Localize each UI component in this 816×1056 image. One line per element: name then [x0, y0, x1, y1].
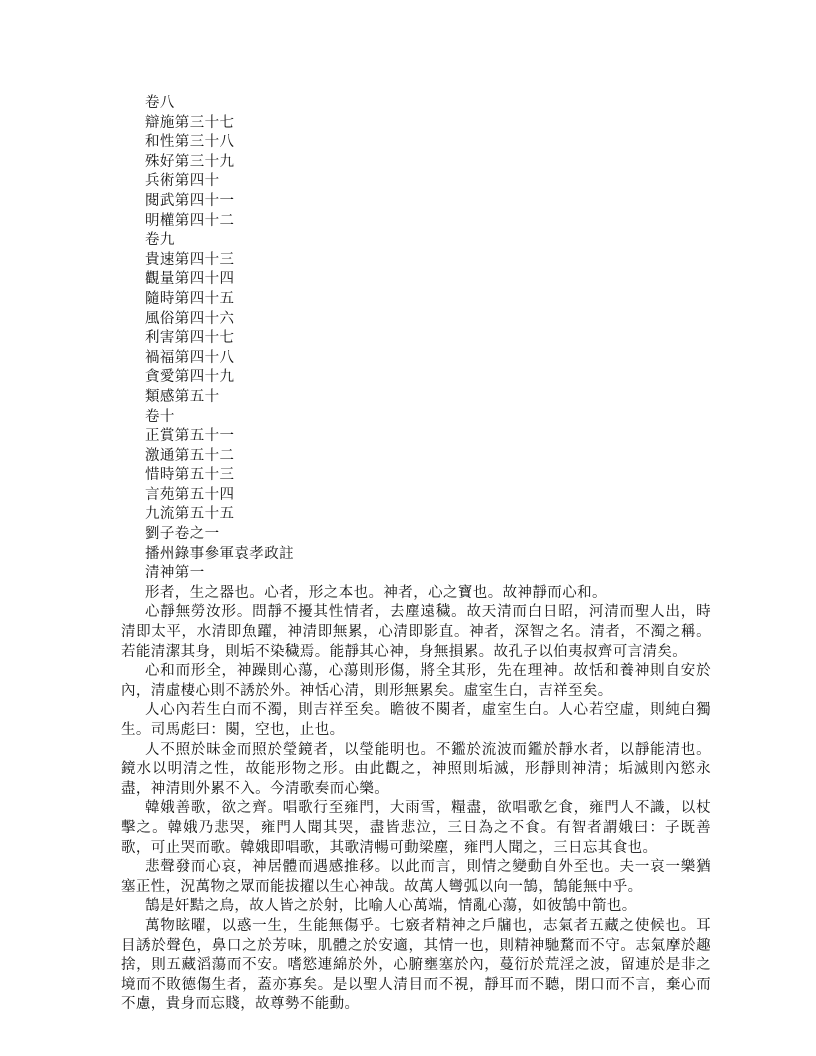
toc-volume-heading: 卷九	[121, 231, 711, 251]
toc-item: 言苑第五十四	[121, 486, 711, 506]
toc-item: 類感第五十	[121, 388, 711, 408]
toc-item: 貴速第四十三	[121, 251, 711, 271]
paragraph: 人不照於昧金而照於瑩鏡者，以瑩能明也。不鑑於流波而鑑於靜水者，以靜能清也。鏡水以…	[121, 741, 711, 800]
paragraph: 形者，生之器也。心者，形之本也。神者，心之寶也。故神靜而心和。	[121, 584, 711, 604]
paragraph: 萬物眩曜，以惑一生，生能無傷乎。七竅者精神之戶牖也，志氣者五藏之使候也。耳目誘於…	[121, 917, 711, 1015]
toc-item: 貪愛第四十九	[121, 368, 711, 388]
chapter-title: 清神第一	[121, 564, 711, 584]
toc-item: 九流第五十五	[121, 505, 711, 525]
toc-item: 兵術第四十	[121, 172, 711, 192]
annotator-credit: 播州錄事參軍袁孝政註	[121, 545, 711, 565]
paragraph: 鵠是奸黠之鳥，故人皆之於射，比喻人心萬端，情亂心蕩，如彼鵠中箭也。	[121, 897, 711, 917]
toc-item: 惜時第五十三	[121, 466, 711, 486]
toc-item: 明權第四十二	[121, 212, 711, 232]
toc-item: 殊好第三十九	[121, 153, 711, 173]
toc-item: 觀量第四十四	[121, 270, 711, 290]
chapter-body: 形者，生之器也。心者，形之本也。神者，心之寶也。故神靜而心和。 心靜無勞汝形。問…	[121, 584, 711, 1015]
toc-item: 辯施第三十七	[121, 114, 711, 134]
toc-volume-heading: 卷十	[121, 408, 711, 428]
book-volume-title: 劉子卷之一	[121, 525, 711, 545]
paragraph: 韓娥善歌，欲之齊。唱歌行至雍門，大雨雪，糧盡，欲唱歌乞食，雍門人不識，以杖擊之。…	[121, 799, 711, 858]
toc-item: 禍福第四十八	[121, 349, 711, 369]
toc-item: 和性第三十八	[121, 133, 711, 153]
toc-item: 正賞第五十一	[121, 427, 711, 447]
toc-item: 激通第五十二	[121, 447, 711, 467]
paragraph: 人心內若生白而不濁，則吉祥至矣。瞻彼不闋者，虛室生白。人心若空虛，則純白獨生。司…	[121, 701, 711, 740]
toc-item: 隨時第四十五	[121, 290, 711, 310]
toc-volume-heading: 卷八	[121, 94, 711, 114]
toc-item: 利害第四十七	[121, 329, 711, 349]
paragraph: 悲聲發而心哀，神居體而遇感推移。以此而言，則情之變動自外至也。夫一哀一樂猶塞正性…	[121, 858, 711, 897]
toc-item: 風俗第四十六	[121, 310, 711, 330]
document-page: 卷八 辯施第三十七 和性第三十八 殊好第三十九 兵術第四十 閱武第四十一 明權第…	[121, 94, 711, 1015]
paragraph: 心靜無勞汝形。問靜不擾其性情者，去塵遠穢。故天清而白日昭，河清而聖人出，時清即太…	[121, 603, 711, 662]
table-of-contents: 卷八 辯施第三十七 和性第三十八 殊好第三十九 兵術第四十 閱武第四十一 明權第…	[121, 94, 711, 584]
paragraph: 心和而形全，神躁則心蕩，心蕩則形傷，將全其形，先在理神。故恬和養神則自安於內，清…	[121, 662, 711, 701]
toc-item: 閱武第四十一	[121, 192, 711, 212]
